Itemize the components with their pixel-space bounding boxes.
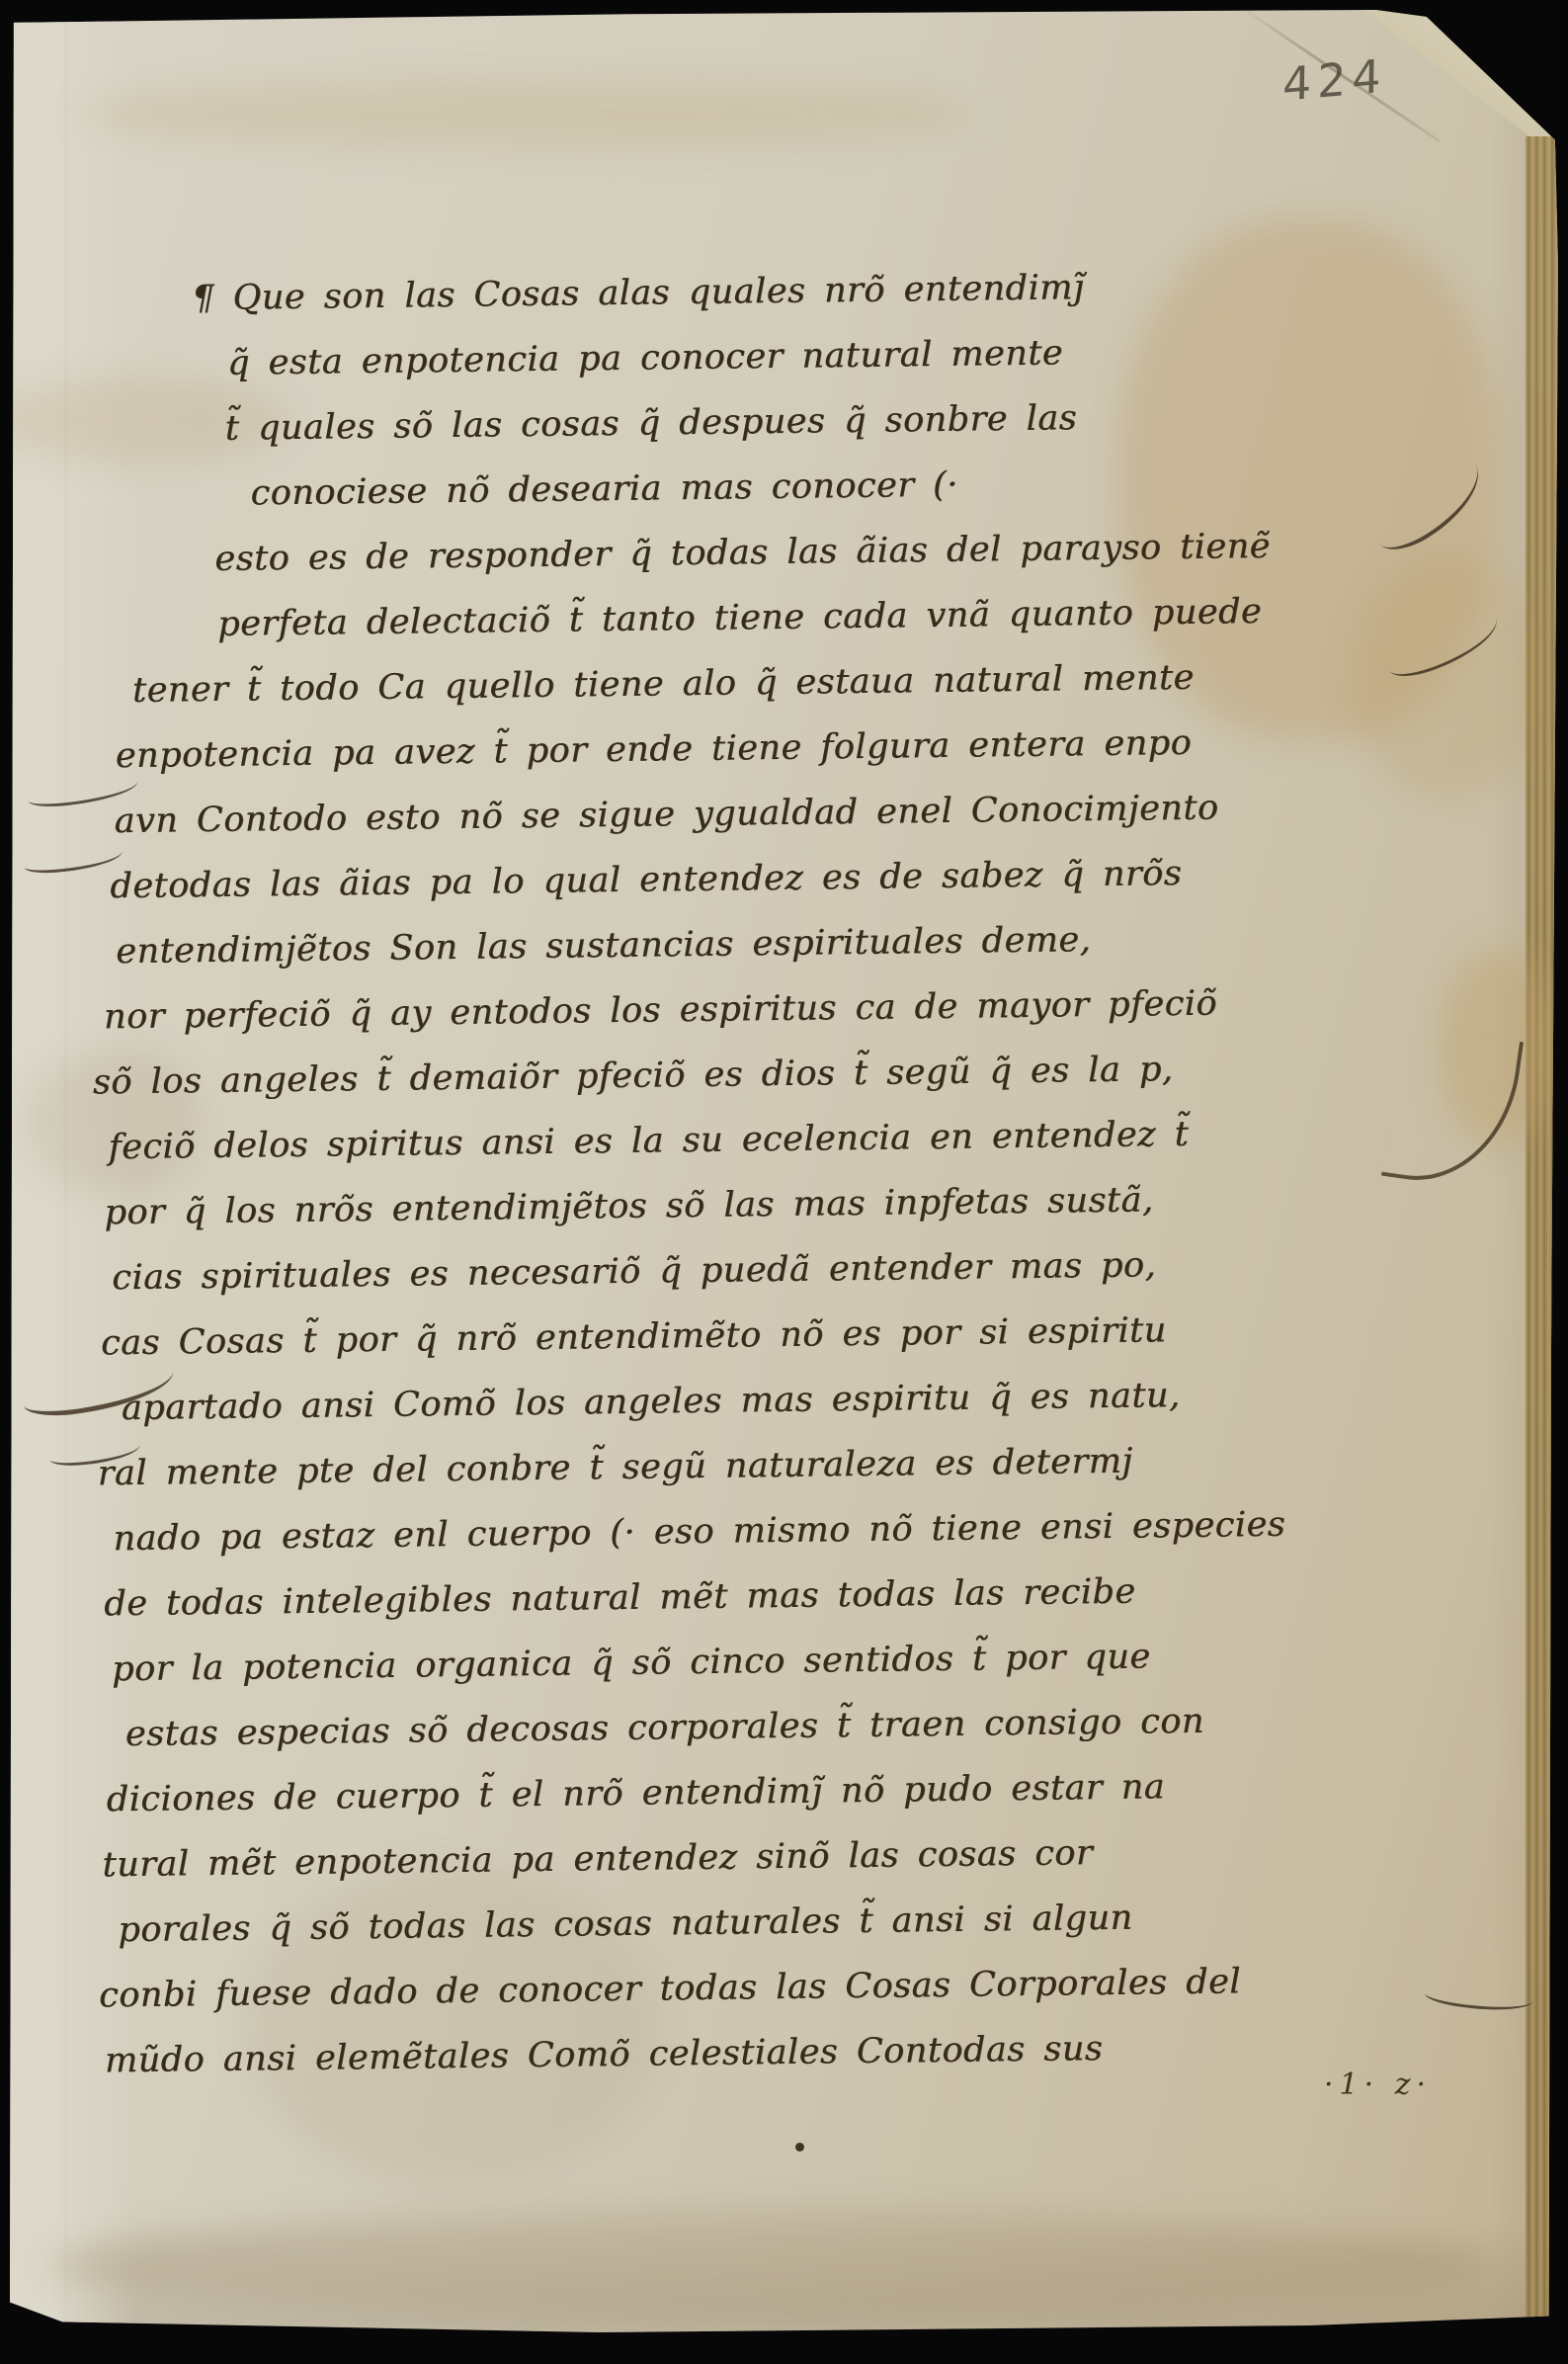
quire-signature: ·1· z·: [1324, 2068, 1432, 2102]
ink-dot: [795, 2143, 804, 2152]
folio-number: 424: [1282, 48, 1387, 112]
text-block: ¶ Que son las Cosas alas quales nrõ ente…: [0, 249, 1568, 2094]
damp-stain: [79, 79, 968, 148]
damp-stain: [49, 2209, 1492, 2322]
manuscript-page: 424 ¶ Que son las Cosas alas quales nrõ …: [10, 10, 1558, 2332]
